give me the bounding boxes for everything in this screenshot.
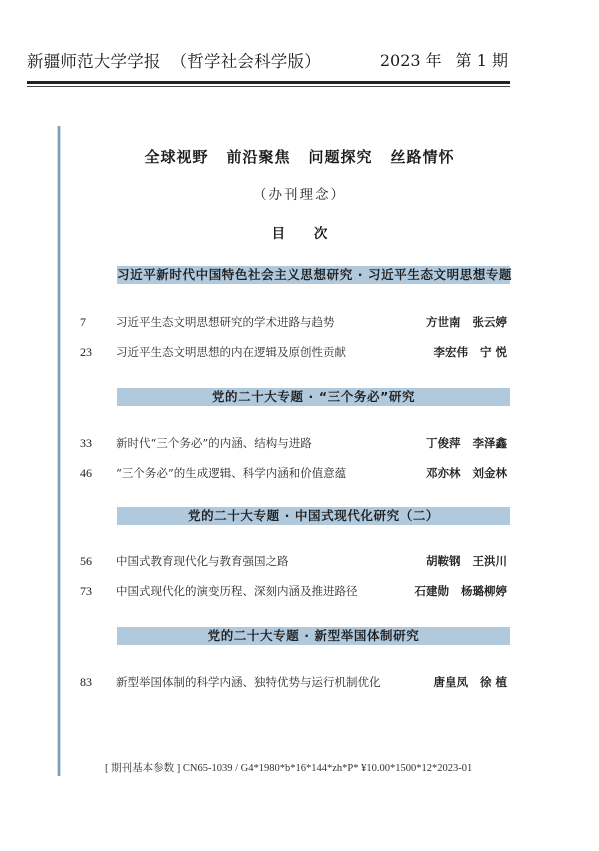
author: 宁 悦 <box>480 345 507 359</box>
article-title[interactable]: 习近平生态文明思想研究的学术进路与趋势 <box>116 313 335 331</box>
running-header: 新疆师范大学学报（哲学社会科学版） 2023 年第 1 期 <box>27 48 510 72</box>
article-title[interactable]: 中国式现代化的演变历程、深刻内涵及推进路径 <box>116 582 358 600</box>
section-banner: 党的二十大专题 · “三个务必”研究 <box>117 388 510 406</box>
author: 石建勋 <box>415 584 450 598</box>
toc-entry[interactable]: 7 习近平生态文明思想研究的学术进路与趋势 方世南张云婷 <box>80 313 507 331</box>
author: 李泽鑫 <box>473 436 508 450</box>
article-authors: 石建勋杨璐柳婷 <box>415 582 508 600</box>
author: 方世南 <box>426 315 461 329</box>
section-banner: 习近平新时代中国特色社会主义思想研究 · 习近平生态文明思想专题 <box>117 266 510 284</box>
journal-motto: 全球视野前沿聚焦问题探究丝路情怀 <box>0 146 599 167</box>
author: 徐 植 <box>480 675 507 689</box>
page-number: 7 <box>80 313 86 331</box>
motto-phrase: 前沿聚焦 <box>226 148 290 166</box>
page-number: 46 <box>80 464 92 482</box>
journal-title: 新疆师范大学学报 <box>27 52 161 71</box>
issue-year: 2023 年 <box>380 51 442 70</box>
journal-name: 新疆师范大学学报（哲学社会科学版） <box>27 48 321 72</box>
page-number: 56 <box>80 552 92 570</box>
article-authors: 邓亦林刘金林 <box>426 464 507 482</box>
author: 唐皇凤 <box>433 675 468 689</box>
page-number: 23 <box>80 343 92 361</box>
author: 杨璐柳婷 <box>461 584 507 598</box>
article-title[interactable]: 中国式教育现代化与教育强国之路 <box>116 552 289 570</box>
toc-entry[interactable]: 56 中国式教育现代化与教育强国之路 胡鞍钢王洪川 <box>80 552 507 570</box>
author: 张云婷 <box>473 315 508 329</box>
article-title[interactable]: 习近平生态文明思想的内在逻辑及原创性贡献 <box>116 343 346 361</box>
author: 邓亦林 <box>426 466 461 480</box>
issue-number: 第 1 期 <box>456 51 508 70</box>
section-banner: 党的二十大专题 · 新型举国体制研究 <box>117 627 510 645</box>
author: 王洪川 <box>473 554 508 568</box>
toc-entry[interactable]: 46 “三个务必”的生成逻辑、科学内涵和价值意蕴 邓亦林刘金林 <box>80 464 507 482</box>
article-authors: 胡鞍钢王洪川 <box>426 552 507 570</box>
article-authors: 丁俊萍李泽鑫 <box>426 434 507 452</box>
article-authors: 唐皇凤徐 植 <box>433 673 507 691</box>
article-title[interactable]: 新时代“三个务必”的内涵、结构与进路 <box>116 434 312 452</box>
issue-info: 2023 年第 1 期 <box>380 48 508 71</box>
page-number: 33 <box>80 434 92 452</box>
toc-entry[interactable]: 73 中国式现代化的演变历程、深刻内涵及推进路径 石建勋杨璐柳婷 <box>80 582 507 600</box>
page-number: 73 <box>80 582 92 600</box>
article-authors: 方世南张云婷 <box>426 313 507 331</box>
header-rule-thin <box>27 86 510 87</box>
motto-phrase: 丝路情怀 <box>391 148 455 166</box>
toc-entry[interactable]: 23 习近平生态文明思想的内在逻辑及原创性贡献 李宏伟宁 悦 <box>80 343 507 361</box>
article-title[interactable]: 新型举国体制的科学内涵、独特优势与运行机制优化 <box>116 673 381 691</box>
article-title[interactable]: “三个务必”的生成逻辑、科学内涵和价值意蕴 <box>116 464 346 482</box>
header-rule-thick <box>27 81 510 84</box>
journal-parameters: [ 期刊基本参数 ] CN65-1039 / G4*1980*b*16*144*… <box>105 760 472 775</box>
toc-entry[interactable]: 83 新型举国体制的科学内涵、独特优势与运行机制优化 唐皇凤徐 植 <box>80 673 507 691</box>
page-number: 83 <box>80 673 92 691</box>
article-authors: 李宏伟宁 悦 <box>433 343 507 361</box>
author: 李宏伟 <box>433 345 468 359</box>
toc-title: 目 次 <box>0 222 599 242</box>
author: 胡鞍钢 <box>426 554 461 568</box>
author: 丁俊萍 <box>426 436 461 450</box>
author: 刘金林 <box>473 466 508 480</box>
section-banner: 党的二十大专题 · 中国式现代化研究（二） <box>117 507 510 525</box>
motto-phrase: 问题探究 <box>309 148 373 166</box>
toc-entry[interactable]: 33 新时代“三个务必”的内涵、结构与进路 丁俊萍李泽鑫 <box>80 434 507 452</box>
journal-edition: （哲学社会科学版） <box>171 52 321 71</box>
motto-note: （办刊理念） <box>0 183 599 203</box>
motto-phrase: 全球视野 <box>144 148 208 166</box>
